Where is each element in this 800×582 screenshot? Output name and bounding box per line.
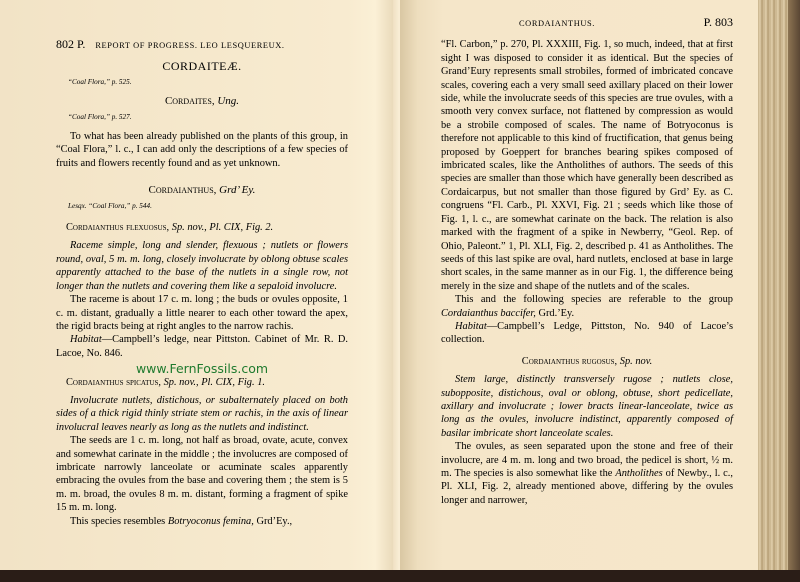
page-number: P. 803 [704, 16, 733, 29]
species-reference: Sp. nov., Pl. CIX, Fig. 2. [172, 222, 273, 233]
family-heading: CORDAITEÆ. [56, 60, 348, 73]
species-description: The seeds are 1 c. m. long, not half as … [56, 434, 348, 514]
family-citation: “Coal Flora,” p. 525. [68, 76, 348, 89]
species-reference: Sp. nov., Pl. CIX, Fig. 1. [164, 377, 265, 388]
species-description: The raceme is about 17 c. m. long ; the … [56, 293, 348, 333]
comparison-text: This species resembles [70, 516, 165, 527]
habitat-label: Habitat [455, 321, 487, 332]
continuation-paragraph: “Fl. Carbon,” p. 270, Pl. XXXIII, Fig. 1… [441, 38, 733, 293]
species-diagnosis: Raceme simple, long and slender, flexuou… [56, 239, 348, 293]
right-running-head: CORDAIANTHUS. P. 803 [441, 16, 733, 30]
page-number: 802 P. [56, 38, 85, 51]
left-running-head: 802 P. REPORT OF PROGRESS. LEO LESQUEREU… [56, 38, 348, 52]
running-title: CORDAIANTHUS. [519, 17, 595, 30]
species-diagnosis: Involucrate nutlets, distichous, or suba… [56, 394, 348, 434]
background-shadow [0, 570, 800, 582]
species-name: Cordaianthus spicatus, [66, 377, 161, 388]
group-paragraph: This and the following species are refer… [441, 293, 733, 320]
genus-author: Grd’ Ey. [219, 184, 255, 196]
genus-name: Cordaites, [165, 95, 215, 107]
genus-citation: “Coal Flora,” p. 527. [68, 111, 348, 124]
habitat-label: Habitat [70, 334, 102, 345]
comparison-author: Grd’Ey., [256, 516, 292, 527]
species-name: Cordaianthus rugosus, [522, 356, 617, 367]
right-page-text: CORDAIANTHUS. P. 803 “Fl. Carbon,” p. 27… [441, 16, 733, 507]
left-page-text: 802 P. REPORT OF PROGRESS. LEO LESQUEREU… [56, 38, 348, 528]
habitat-paragraph: Habitat—Campbell’s Ledge, Pittston, No. … [441, 320, 733, 347]
species-reference: Sp. nov. [620, 356, 652, 367]
group-taxon: Cordaianthus baccifer, [441, 308, 536, 319]
species-heading-spicatus: Cordaianthus spicatus, Sp. nov., Pl. CIX… [66, 376, 348, 389]
genus-heading-cordaianthus: Cordaianthus, Grd’ Ey. [56, 184, 348, 197]
genus-citation: Lesqx. “Coal Flora,” p. 544. [68, 200, 348, 213]
species-heading-rugosus: Cordaianthus rugosus, Sp. nov. [441, 355, 733, 368]
species-heading-flexuosus: Cordaianthus flexuosus, Sp. nov., Pl. CI… [66, 221, 348, 234]
comparison-taxon: Botryoconus femina, [168, 516, 254, 527]
group-author: Grd.’Ey. [538, 308, 574, 319]
genus-name: Cordaianthus, [149, 184, 217, 196]
book-spread: 802 P. REPORT OF PROGRESS. LEO LESQUEREU… [0, 0, 800, 582]
watermark-link[interactable]: www.FernFossils.com [56, 362, 348, 375]
running-title: REPORT OF PROGRESS. LEO LESQUEREUX. [95, 39, 284, 52]
group-text: This and the following species are refer… [455, 294, 733, 305]
genus-heading-cordaites: Cordaites, Ung. [56, 95, 348, 108]
species-habitat: Habitat—Campbell’s ledge, near Pittston.… [56, 333, 348, 360]
species-diagnosis: Stem large, distinctly transversely rugo… [441, 373, 733, 440]
book-cover-edge [788, 0, 800, 582]
species-name: Cordaianthus flexuosus, [66, 222, 169, 233]
genus-author: Ung. [217, 95, 239, 107]
species-comparison: This species resembles Botryoconus femin… [56, 515, 348, 528]
intro-paragraph: To what has been already published on th… [56, 130, 348, 170]
species-description: The ovules, as seen separated upon the s… [441, 440, 733, 507]
description-taxon: Antholithes [615, 468, 662, 479]
